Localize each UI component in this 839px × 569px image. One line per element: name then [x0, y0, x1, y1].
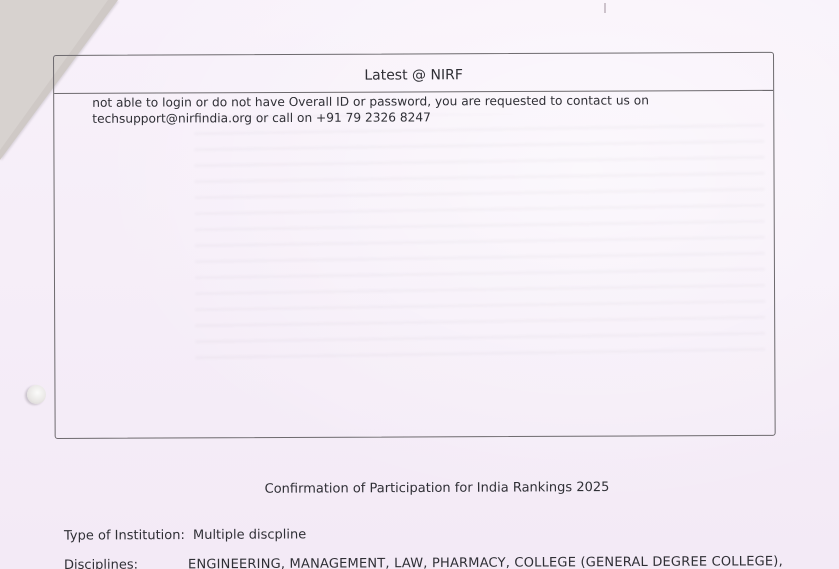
panel-body: not able to login or do not have Overall…	[54, 91, 773, 129]
disciplines-value: ENGINEERING, MANAGEMENT, LAW, PHARMACY, …	[188, 554, 783, 569]
institution-type-label: Type of Institution:	[64, 528, 185, 544]
message-line-1: not able to login or do not have Overall…	[92, 95, 649, 110]
institution-type: Type of Institution: Multiple discpline	[64, 527, 306, 543]
scan-speck	[604, 3, 606, 13]
message-line-2: techsupport@nirfindia.org or call on +91…	[92, 107, 773, 129]
disciplines-label: Disciplines:	[64, 558, 138, 569]
institution-type-value: Multiple discpline	[193, 527, 306, 543]
support-phone-text: or call on +91 79 2326 8247	[252, 110, 431, 125]
latest-nirf-panel: Latest @ NIRF not able to login or do no…	[53, 52, 776, 439]
panel-title: Latest @ NIRF	[54, 53, 773, 94]
punch-hole-icon	[27, 385, 46, 404]
bleed-through-text	[194, 113, 765, 365]
support-email-link[interactable]: techsupport@nirfindia.org	[92, 111, 252, 126]
